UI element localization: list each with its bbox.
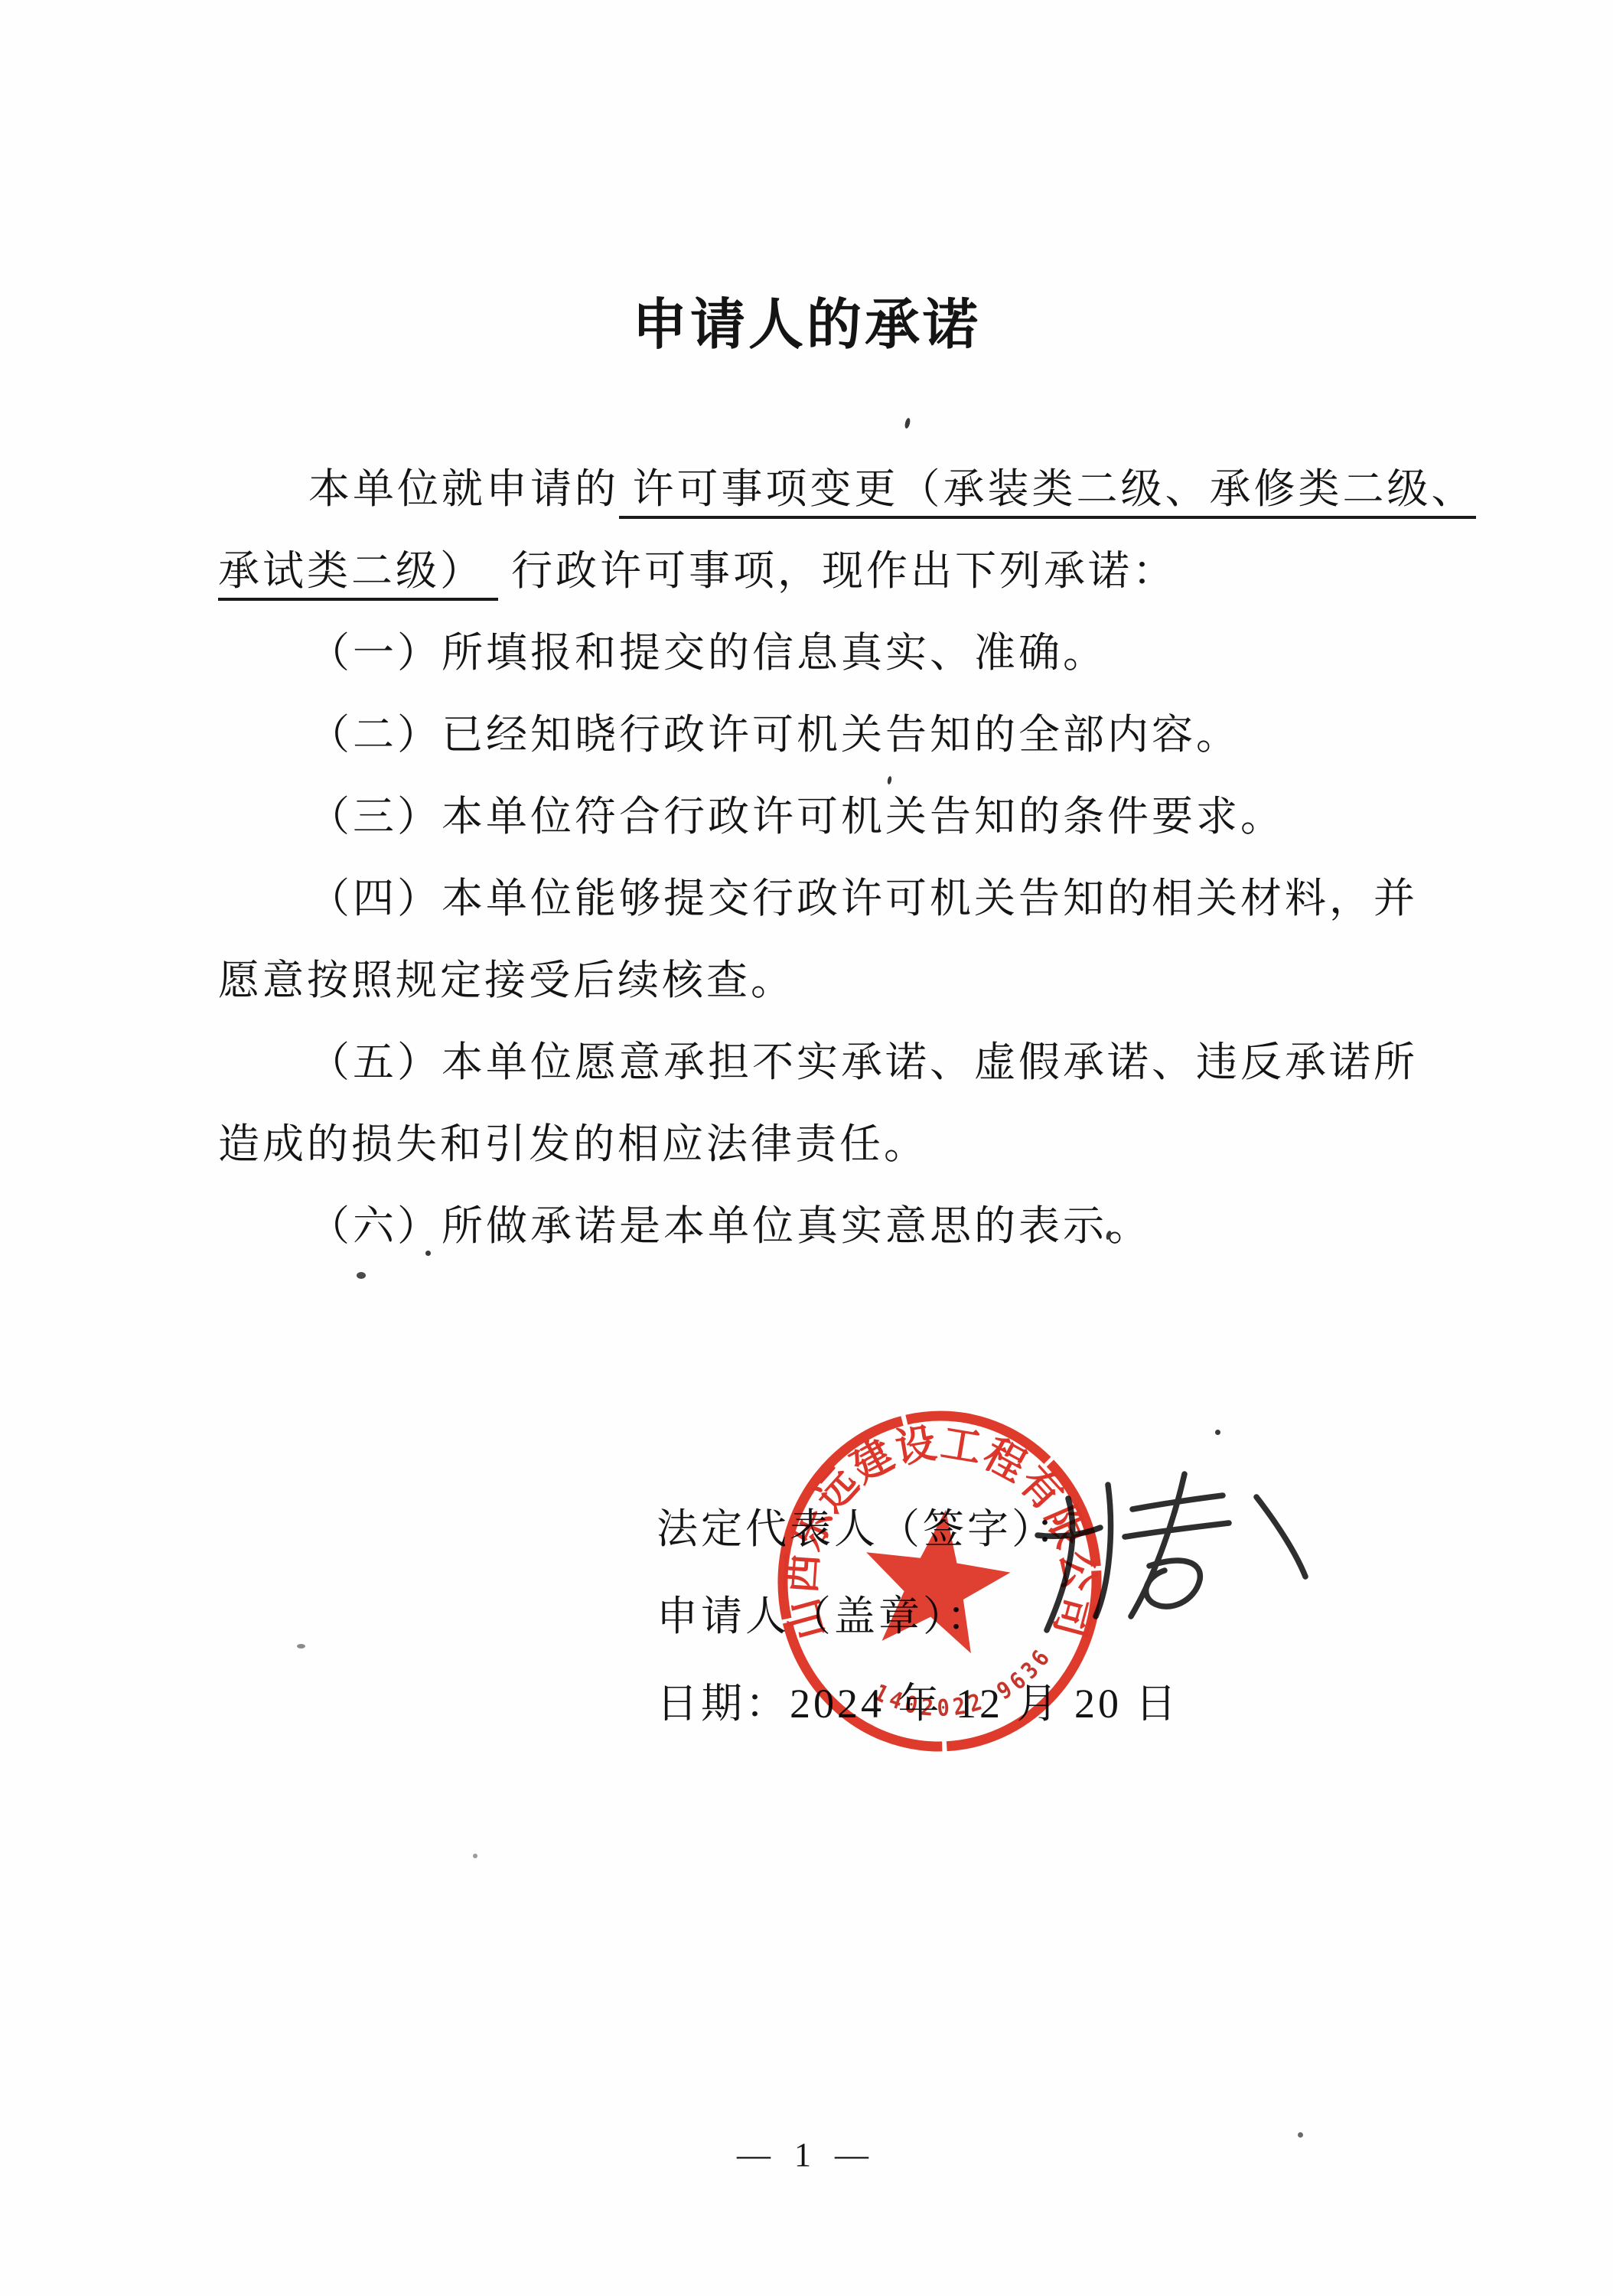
scan-artifact [297,1644,305,1649]
body-line: （六）所做承诺是本单位真实意思的表示。 [218,1186,1504,1267]
date-line: 日期：2024 年 12 月 20 日 [657,1681,1180,1727]
page-title: 申请人的承诺 [0,280,1613,360]
legal-representative-signature-label: 法定代表人（签字）： [657,1506,1080,1552]
scan-artifact [425,1251,431,1256]
scan-artifact [357,1272,366,1279]
body-line: 本单位就申请的 许可事项变更（承装类二级、承修类二级、 [218,448,1504,530]
page-number: — 1 — [0,2135,1613,2174]
body-line: （五）本单位愿意承担不实承诺、虚假承诺、违反承诺所 [218,1022,1504,1104]
body-line: 承试类二级） 行政许可事项，现作出下列承诺： [218,530,1504,612]
applicant-seal-label: 申请人（盖章）： [657,1593,991,1639]
body-line: 造成的损失和引发的相应法律责任。 [218,1104,1504,1186]
scan-artifact [1215,1430,1220,1435]
body-line: （三）本单位符合行政许可机关告知的条件要求。 [218,776,1504,858]
scan-artifact [904,417,911,429]
document-page: 申请人的承诺 本单位就申请的 许可事项变更（承装类二级、承修类二级、承试类二级）… [0,0,1613,2296]
body-line: （四）本单位能够提交行政许可机关告知的相关材料，并 [218,858,1504,940]
body-line: （二）已经知晓行政许可机关告知的全部内容。 [218,694,1504,776]
body-line: 愿意按照规定接受后续核查。 [218,940,1504,1022]
scan-artifact [473,1854,477,1858]
body-text: 本单位就申请的 许可事项变更（承装类二级、承修类二级、承试类二级） 行政许可事项… [218,448,1504,1267]
body-line: （一）所填报和提交的信息真实、准确。 [218,612,1504,694]
